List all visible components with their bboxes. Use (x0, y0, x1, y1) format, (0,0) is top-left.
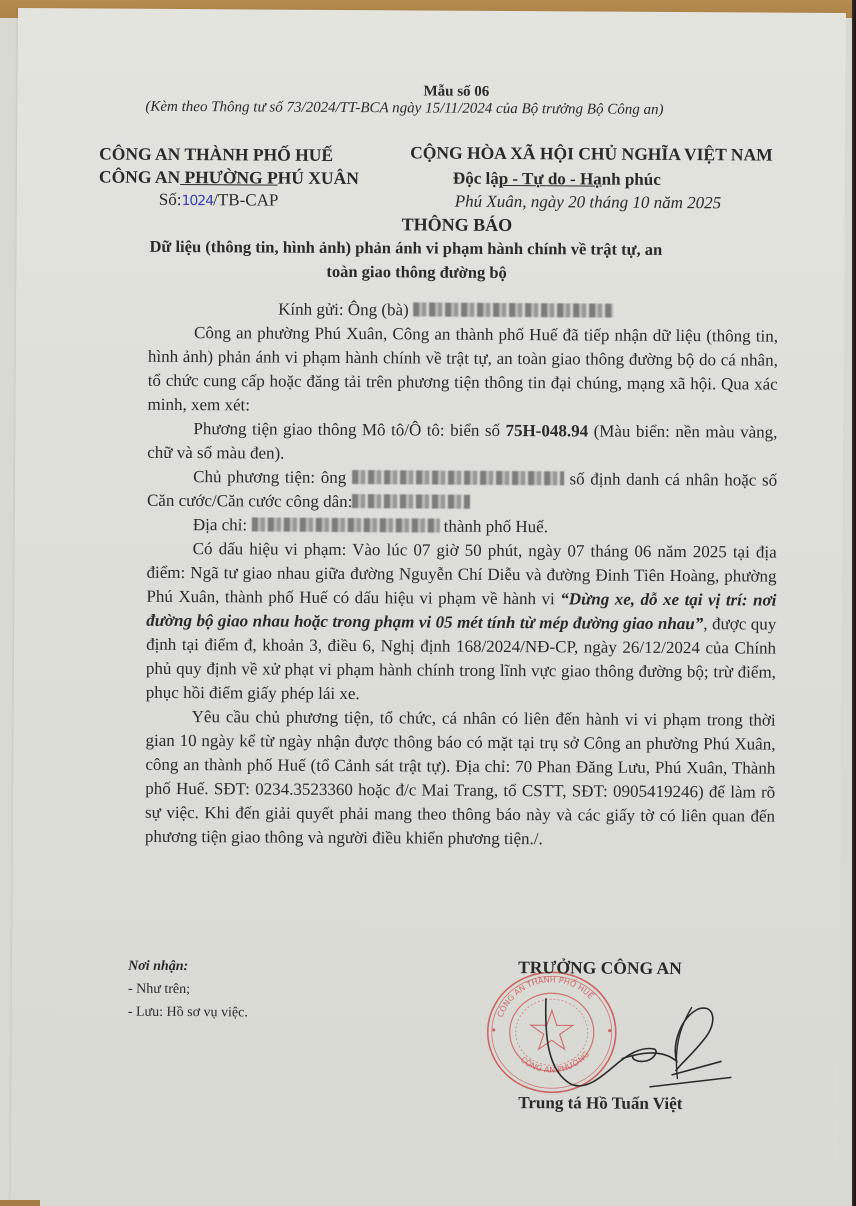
violation-paragraph: Có dấu hiệu vi phạm: Vào lúc 07 giờ 50 p… (146, 537, 777, 709)
plate-number: 75H-048.94 (505, 421, 588, 441)
vehicle-prefix: Phương tiện giao thông Mô tô/Ô tô: biển … (193, 419, 505, 440)
agency-prefix: CÔNG AN (99, 166, 180, 186)
agency-underlined: PHƯỜNG P (180, 167, 278, 188)
address-suffix: thành phố Huế. (439, 517, 548, 537)
redacted-owner-name (352, 470, 564, 485)
nation-name: CỘNG HÒA XÃ HỘI CHỦ NGHĨA VIỆT NAM (410, 142, 773, 165)
owner-paragraph: Chủ phương tiện: ông số định danh cá nhâ… (147, 465, 777, 517)
agency-parent: CÔNG AN THÀNH PHỐ HUẾ (99, 143, 333, 165)
redacted-recipient-name (413, 302, 613, 317)
place-date: Phú Xuân, ngày 20 tháng 10 năm 2025 (455, 192, 721, 214)
doc-number-suffix: /TB-CAP (213, 190, 278, 209)
signer-name: Trung tá Hồ Tuấn Việt (518, 1093, 682, 1114)
doc-number-label: Số: (159, 190, 182, 209)
agency-suffix: HÚ XUÂN (278, 168, 359, 188)
redacted-id-number (352, 494, 470, 509)
recipients-label: Nơi nhận: (128, 955, 248, 979)
request-paragraph: Yêu cầu chủ phương tiện, tổ chức, cá nhâ… (145, 705, 776, 853)
signer-title: TRƯỞNG CÔNG AN (518, 957, 682, 979)
recipients-block: Nơi nhận: - Như trên; - Lưu: Hồ sơ vụ vi… (128, 955, 248, 1025)
redacted-address (251, 517, 439, 532)
motto-underlined: p - Tự do - Hạ (499, 169, 602, 189)
salutation-label: Kính gửi: Ông (bà) (278, 300, 409, 320)
owner-prefix: Chủ phương tiện: ông (193, 467, 352, 487)
doc-number-handwritten: 1024 (181, 193, 213, 209)
motto-suffix: nh phúc (602, 170, 661, 189)
vehicle-paragraph: Phương tiện giao thông Mô tô/Ô tô: biển … (147, 417, 777, 469)
signature-icon (541, 986, 752, 1097)
recipient-item: - Lưu: Hồ sơ vụ việc. (128, 1001, 248, 1025)
recipient-item: - Như trên; (128, 978, 248, 1002)
document-subtitle-line1: Dữ liệu (thông tin, hình ảnh) phản ánh v… (149, 237, 662, 260)
document-body: Kính gửi: Ông (bà) Công an phường Phú Xu… (145, 297, 778, 853)
motto-prefix: Độc lậ (453, 169, 499, 188)
document-number: Số:1024/TB-CAP (159, 190, 279, 211)
document-subtitle-line2: toàn giao thông đường bộ (326, 262, 507, 283)
document-title: THÔNG BÁO (402, 214, 513, 236)
national-motto: Độc lập - Tự do - Hạnh phúc (453, 169, 661, 190)
form-reference: (Kèm theo Thông tư số 73/2024/TT-BCA ngà… (145, 99, 663, 119)
address-prefix: Địa chỉ: (193, 515, 252, 534)
background-edge (852, 0, 856, 1206)
form-number: Mẫu số 06 (423, 83, 489, 100)
notice-document: Mẫu số 06 (Kèm theo Thông tư số 73/2024/… (11, 8, 846, 1206)
agency-name: CÔNG AN PHƯỜNG PHÚ XUÂN (99, 166, 359, 189)
table-corner (0, 1200, 40, 1206)
intro-paragraph: Công an phường Phú Xuân, Công an thành p… (148, 321, 779, 421)
